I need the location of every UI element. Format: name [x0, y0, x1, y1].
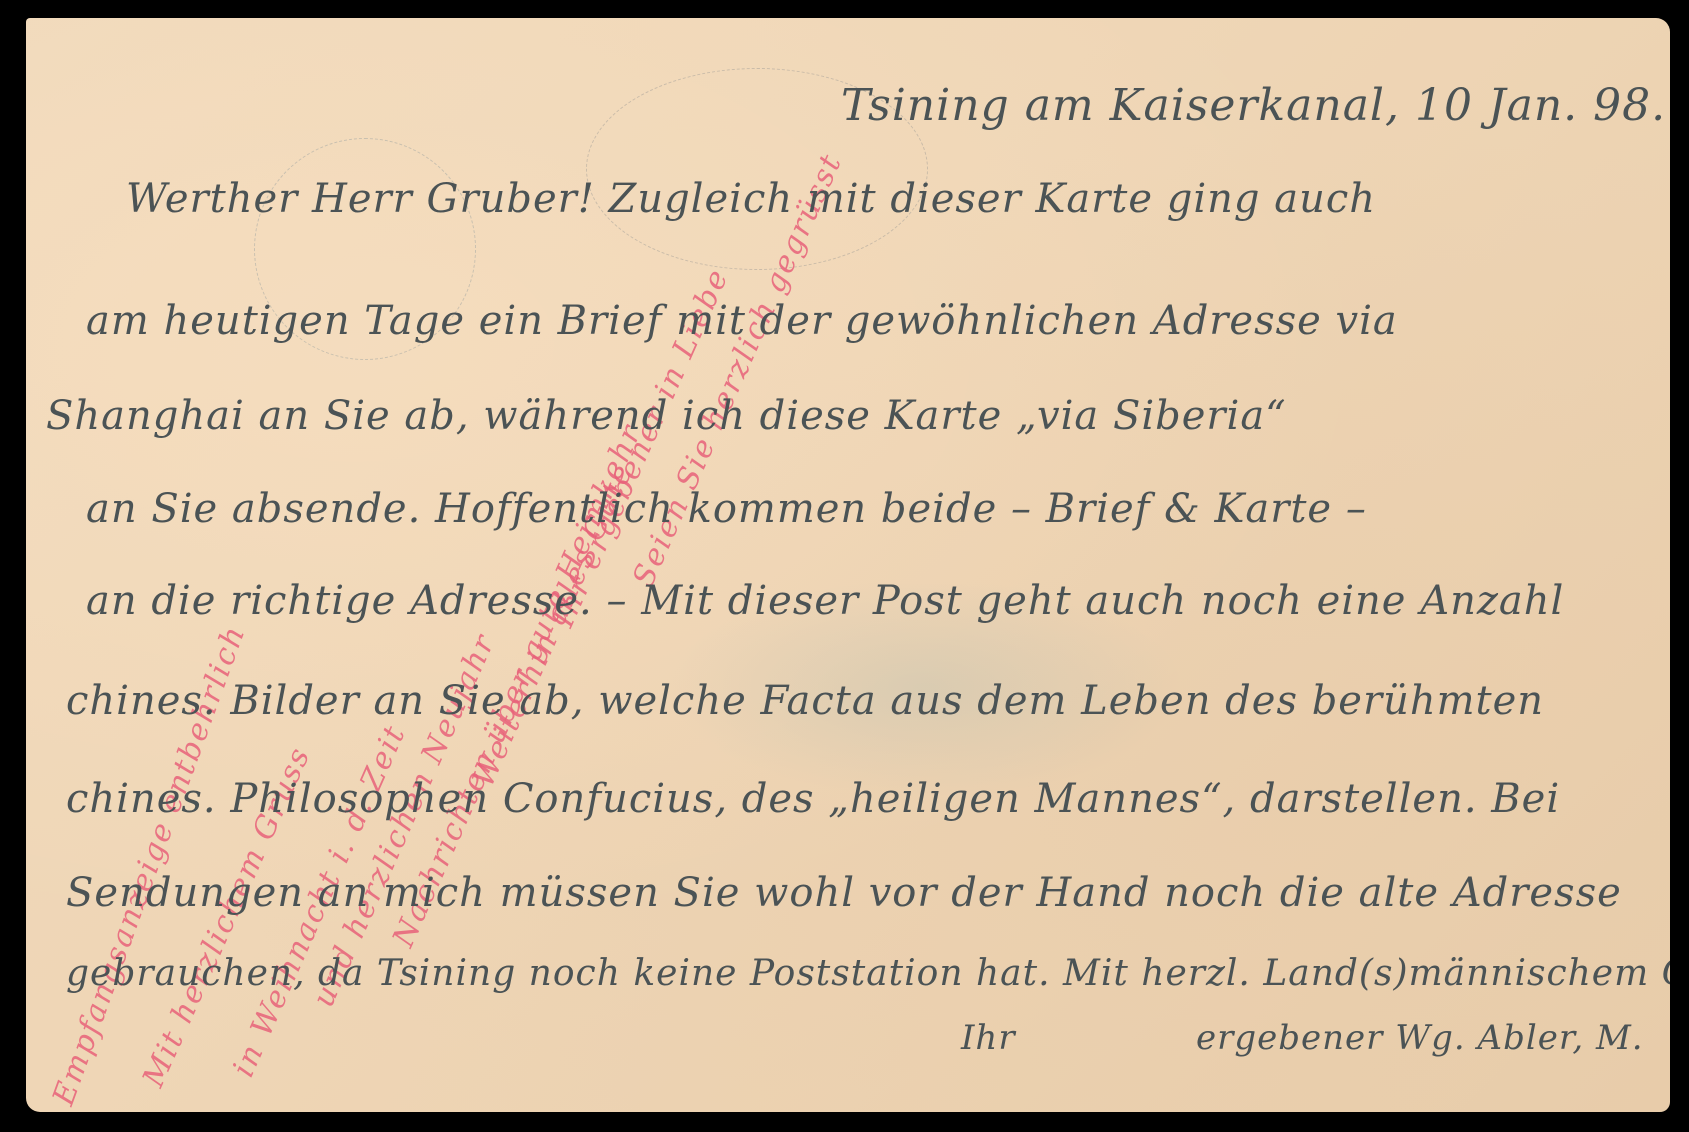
postcard: Empfangsanzeige entbehrlich Mit herzlich…	[26, 18, 1670, 1112]
body-line: chines. Bilder an Sie ab, welche Facta a…	[66, 678, 1544, 724]
signature: ergebener Wg. Abler, M.	[1196, 1018, 1644, 1058]
body-line: am heutigen Tage ein Brief mit der gewöh…	[86, 298, 1398, 344]
body-line: Sendungen an mich müssen Sie wohl vor de…	[66, 870, 1622, 916]
body-line: Werther Herr Gruber! Zugleich mit dieser…	[126, 176, 1376, 222]
body-line: an Sie absende. Hoffentlich kommen beide…	[86, 486, 1367, 532]
body-line: Shanghai an Sie ab, während ich diese Ka…	[46, 393, 1287, 439]
body-line: an die richtige Adresse. – Mit dieser Po…	[86, 578, 1564, 624]
closing-ihr: Ihr	[961, 1018, 1016, 1058]
place-date-line: Tsining am Kaiserkanal, 10 Jan. 98.	[841, 80, 1666, 131]
body-line: gebrauchen, da Tsining noch keine Postst…	[66, 953, 1670, 994]
body-line: chines. Philosophen Confucius, des „heil…	[66, 776, 1560, 822]
